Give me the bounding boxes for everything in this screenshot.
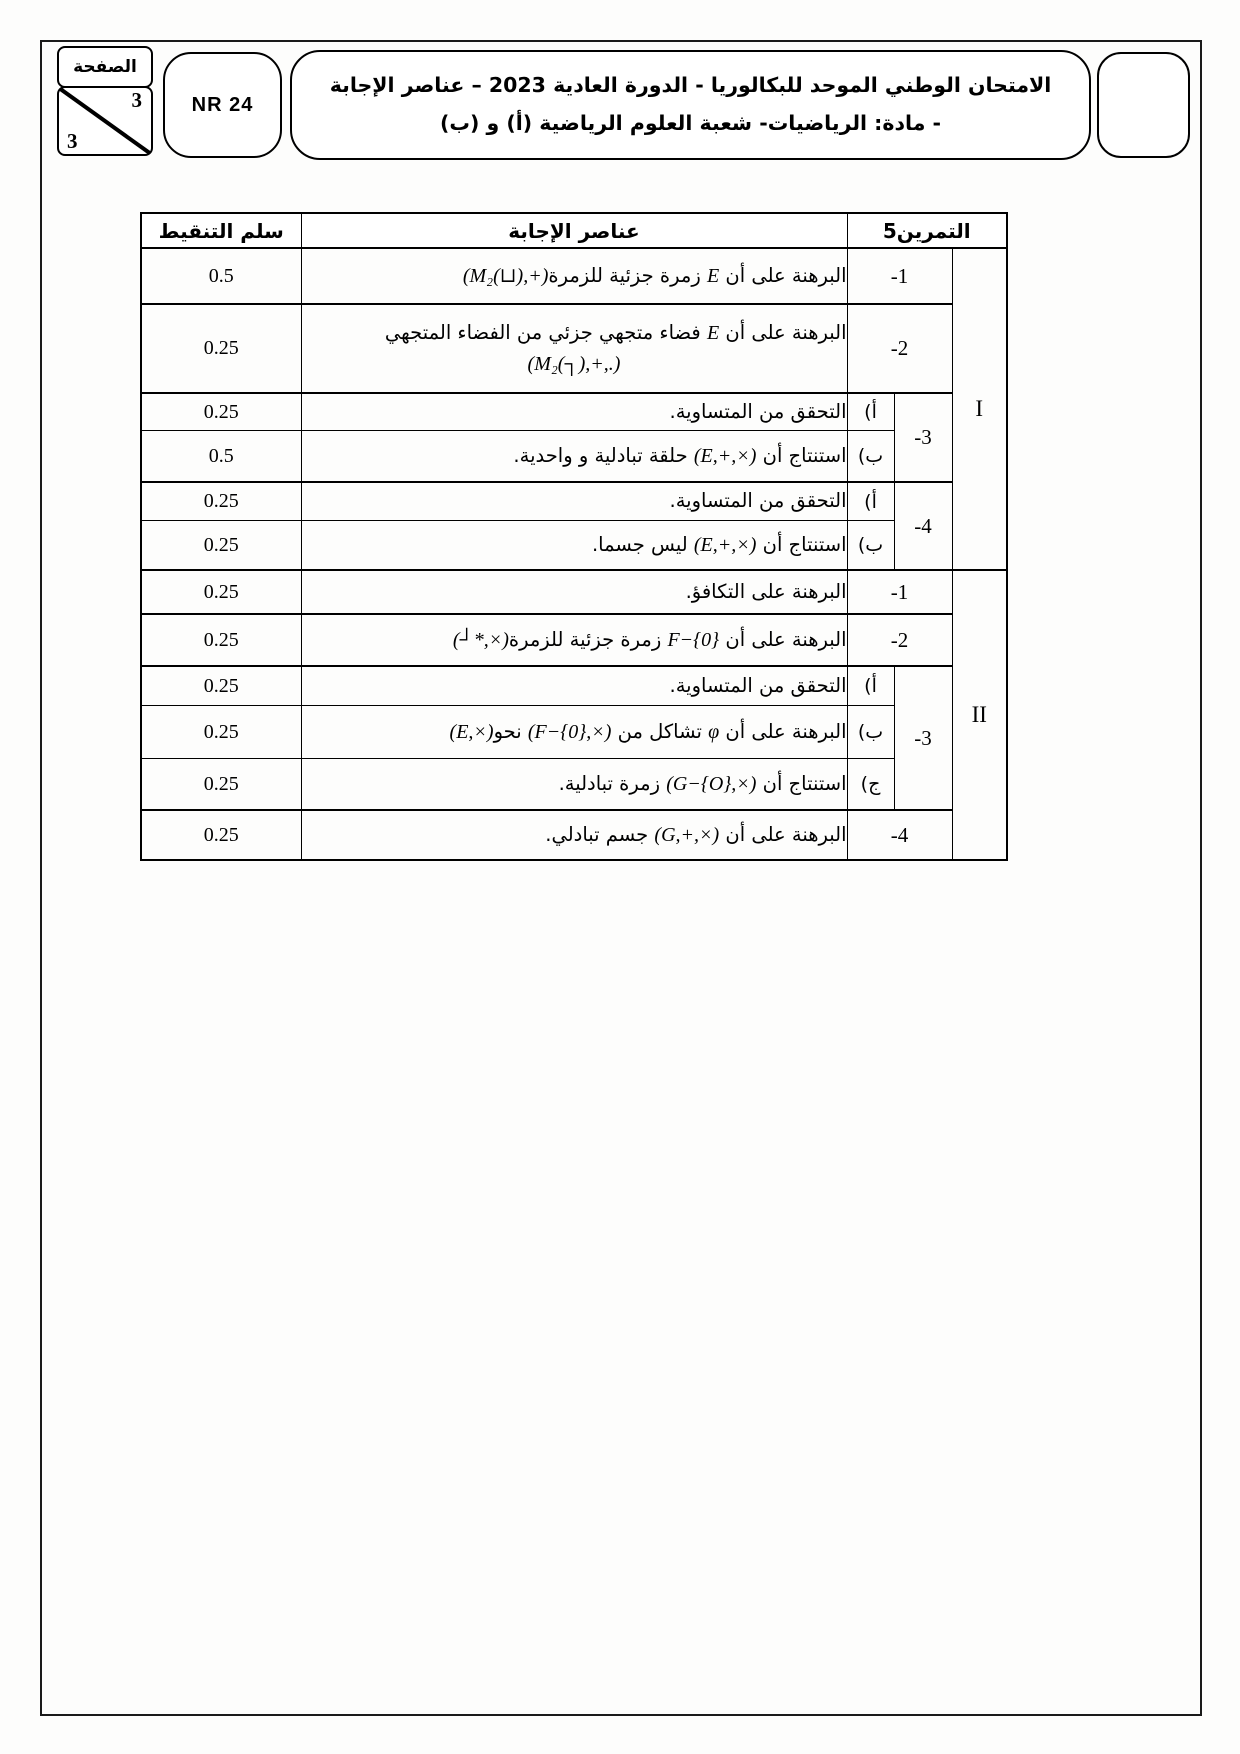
question-letter-cell: ج) — [847, 759, 894, 811]
question-number-cell: -2 — [847, 614, 952, 666]
math-expression: (E,+,×) — [694, 534, 757, 556]
question-letter-cell: ب) — [847, 431, 894, 483]
score-cell: 0.5 — [141, 431, 301, 483]
table-row: II-1البرهنة على التكافؤ.0.25 — [141, 570, 1007, 614]
math-expression: (M₂(⊔),+) — [463, 265, 549, 287]
arabic-text: البرهنة على أن — [719, 720, 846, 743]
arabic-text: البرهنة على التكافؤ. — [686, 580, 847, 603]
math-expression: (E,+,×) — [694, 445, 757, 467]
question-number-cell: -1 — [847, 570, 952, 614]
arabic-text: التحقق من المتساوية. — [670, 674, 847, 697]
score-cell: 0.25 — [141, 759, 301, 811]
arabic-text: التحقق من المتساوية. — [670, 400, 847, 423]
answer-cell: البرهنة على أن φ تشاكل من (F−{0},×) نحو(… — [301, 706, 847, 759]
math-expression: (┘*,×) — [453, 629, 509, 651]
math-expression: φ — [708, 721, 719, 743]
math-expression: F−{0} — [667, 629, 719, 651]
answer-cell: استنتاج أن (E,+,×) ليس جسما. — [301, 521, 847, 571]
answer-line: البرهنة على أن (G,+,×) جسم تبادلي. — [302, 820, 847, 851]
arabic-text: البرهنة على أن — [719, 823, 846, 846]
math-expression: E — [707, 322, 719, 344]
arabic-text: استنتاج أن — [756, 533, 846, 556]
arabic-text: استنتاج أن — [756, 772, 846, 795]
exam-title-box: الامتحان الوطني الموحد للبكالوريا - الدو… — [290, 50, 1091, 160]
question-letter-cell: ب) — [847, 521, 894, 571]
arabic-text: زمرة جزئية للزمرة — [548, 264, 707, 287]
arabic-text: حلقة تبادلية و واحدية. — [513, 444, 693, 467]
score-cell: 0.25 — [141, 393, 301, 431]
arabic-text: استنتاج أن — [756, 444, 846, 467]
exam-title-line2: - مادة: الرياضيات- شعبة العلوم الرياضية … — [440, 105, 941, 143]
score-cell: 0.25 — [141, 482, 301, 521]
answer-cell: استنتاج أن (G−{O},×) زمرة تبادلية. — [301, 759, 847, 811]
answer-cell: التحقق من المتساوية. — [301, 666, 847, 706]
page-label: الصفحة — [57, 46, 153, 88]
score-scale-header: سلم التنقيط — [141, 213, 301, 248]
table-row: ج)استنتاج أن (G−{O},×) زمرة تبادلية.0.25 — [141, 759, 1007, 811]
answer-cell: البرهنة على أن E زمرة جزئية للزمرة(M₂(⊔)… — [301, 248, 847, 304]
page-fraction-box: 3 3 — [57, 86, 153, 156]
question-number-cell: -2 — [847, 304, 952, 393]
question-number-cell: -4 — [847, 810, 952, 860]
math-expression: (M₂(┐),+,.) — [528, 353, 621, 375]
answer-line: التحقق من المتساوية. — [302, 397, 847, 427]
question-letter-cell: أ) — [847, 482, 894, 521]
answer-line: البرهنة على أن E فضاء متجهي جزئي من الفض… — [302, 318, 847, 349]
answer-cell: البرهنة على التكافؤ. — [301, 570, 847, 614]
question-number-cell: -1 — [847, 248, 952, 304]
answers-table-body: I-1البرهنة على أن E زمرة جزئية للزمرة(M₂… — [141, 248, 1007, 860]
arabic-text: التحقق من المتساوية. — [670, 489, 847, 512]
arabic-text: البرهنة على أن — [719, 321, 846, 344]
exercise-header: التمرين5 — [847, 213, 1007, 248]
math-expression: E — [707, 265, 719, 287]
answer-line: التحقق من المتساوية. — [302, 671, 847, 701]
question-letter-cell: أ) — [847, 393, 894, 431]
page-current: 3 — [132, 88, 143, 113]
score-cell: 0.25 — [141, 666, 301, 706]
score-cell: 0.25 — [141, 810, 301, 860]
table-row: -4أ)التحقق من المتساوية.0.25 — [141, 482, 1007, 521]
answer-line: البرهنة على أن F−{0} زمرة جزئية للزمرة(┘… — [302, 625, 847, 656]
score-cell: 0.25 — [141, 706, 301, 759]
question-number-cell: -3 — [894, 393, 952, 482]
table-row: ب)البرهنة على أن φ تشاكل من (F−{0},×) نح… — [141, 706, 1007, 759]
answer-cell: التحقق من المتساوية. — [301, 482, 847, 521]
answer-line: البرهنة على التكافؤ. — [302, 577, 847, 607]
arabic-text: ليس جسما. — [592, 533, 694, 556]
table-row: ب)استنتاج أن (E,+,×) حلقة تبادلية و واحد… — [141, 431, 1007, 483]
score-cell: 0.25 — [141, 570, 301, 614]
nr-code: NR 24 — [192, 94, 254, 117]
answer-cell: البرهنة على أن (G,+,×) جسم تبادلي. — [301, 810, 847, 860]
nr-code-box: NR 24 — [163, 52, 282, 158]
math-expression: (F−{0},×) — [528, 721, 612, 743]
answer-cell: البرهنة على أن F−{0} زمرة جزئية للزمرة(┘… — [301, 614, 847, 666]
table-row: -4البرهنة على أن (G,+,×) جسم تبادلي.0.25 — [141, 810, 1007, 860]
table-header-row: التمرين5 عناصر الإجابة سلم التنقيط — [141, 213, 1007, 248]
table-row: -2البرهنة على أن F−{0} زمرة جزئية للزمرة… — [141, 614, 1007, 666]
answer-line: استنتاج أن (E,+,×) ليس جسما. — [302, 530, 847, 561]
question-number-cell: -4 — [894, 482, 952, 570]
arabic-text: البرهنة على أن — [719, 264, 846, 287]
table-row: -3أ)التحقق من المتساوية.0.25 — [141, 666, 1007, 706]
answer-cell: استنتاج أن (E,+,×) حلقة تبادلية و واحدية… — [301, 431, 847, 483]
answers-table-head: التمرين5 عناصر الإجابة سلم التنقيط — [141, 213, 1007, 248]
exam-title-line1: الامتحان الوطني الموحد للبكالوريا - الدو… — [330, 67, 1052, 105]
answer-line: البرهنة على أن φ تشاكل من (F−{0},×) نحو(… — [302, 717, 847, 748]
table-row: -2البرهنة على أن E فضاء متجهي جزئي من ال… — [141, 304, 1007, 393]
math-expression: (E,×) — [450, 721, 494, 743]
math-expression: (G,+,×) — [654, 824, 719, 846]
score-cell: 0.25 — [141, 521, 301, 571]
answer-line: البرهنة على أن E زمرة جزئية للزمرة(M₂(⊔)… — [302, 261, 847, 292]
exam-answer-key-page: الصفحة 3 3 NR 24 الامتحان الوطني الموحد … — [0, 0, 1240, 1754]
answer-cell: التحقق من المتساوية. — [301, 393, 847, 431]
page-total: 3 — [67, 129, 78, 154]
question-letter-cell: أ) — [847, 666, 894, 706]
answer-line: استنتاج أن (E,+,×) حلقة تبادلية و واحدية… — [302, 441, 847, 472]
arabic-text: زمرة تبادلية. — [559, 772, 667, 795]
answer-cell: البرهنة على أن E فضاء متجهي جزئي من الفض… — [301, 304, 847, 393]
arabic-text: جسم تبادلي. — [545, 823, 654, 846]
question-letter-cell: ب) — [847, 706, 894, 759]
answer-line: استنتاج أن (G−{O},×) زمرة تبادلية. — [302, 769, 847, 800]
table-row: I-1البرهنة على أن E زمرة جزئية للزمرة(M₂… — [141, 248, 1007, 304]
answer-line: (M₂(┐),+,.) — [302, 349, 847, 380]
math-expression: (G−{O},×) — [666, 773, 756, 795]
score-cell: 0.25 — [141, 614, 301, 666]
section-label-cell: II — [952, 570, 1007, 860]
arabic-text: البرهنة على أن — [719, 628, 846, 651]
arabic-text: فضاء متجهي جزئي من الفضاء المتجهي — [385, 321, 707, 344]
answer-line: التحقق من المتساوية. — [302, 486, 847, 516]
table-row: -3أ)التحقق من المتساوية.0.25 — [141, 393, 1007, 431]
stamp-box — [1097, 52, 1190, 158]
section-label-cell: I — [952, 248, 1007, 570]
table-row: ب)استنتاج أن (E,+,×) ليس جسما.0.25 — [141, 521, 1007, 571]
page-number-box: الصفحة 3 3 — [57, 46, 153, 156]
arabic-text: زمرة جزئية للزمرة — [509, 628, 668, 651]
arabic-text: تشاكل من — [611, 720, 708, 743]
score-cell: 0.25 — [141, 304, 301, 393]
answers-table: التمرين5 عناصر الإجابة سلم التنقيط I-1ال… — [140, 212, 1008, 861]
arabic-text: نحو — [494, 720, 528, 743]
answer-elements-header: عناصر الإجابة — [301, 213, 847, 248]
question-number-cell: -3 — [894, 666, 952, 810]
score-cell: 0.5 — [141, 248, 301, 304]
